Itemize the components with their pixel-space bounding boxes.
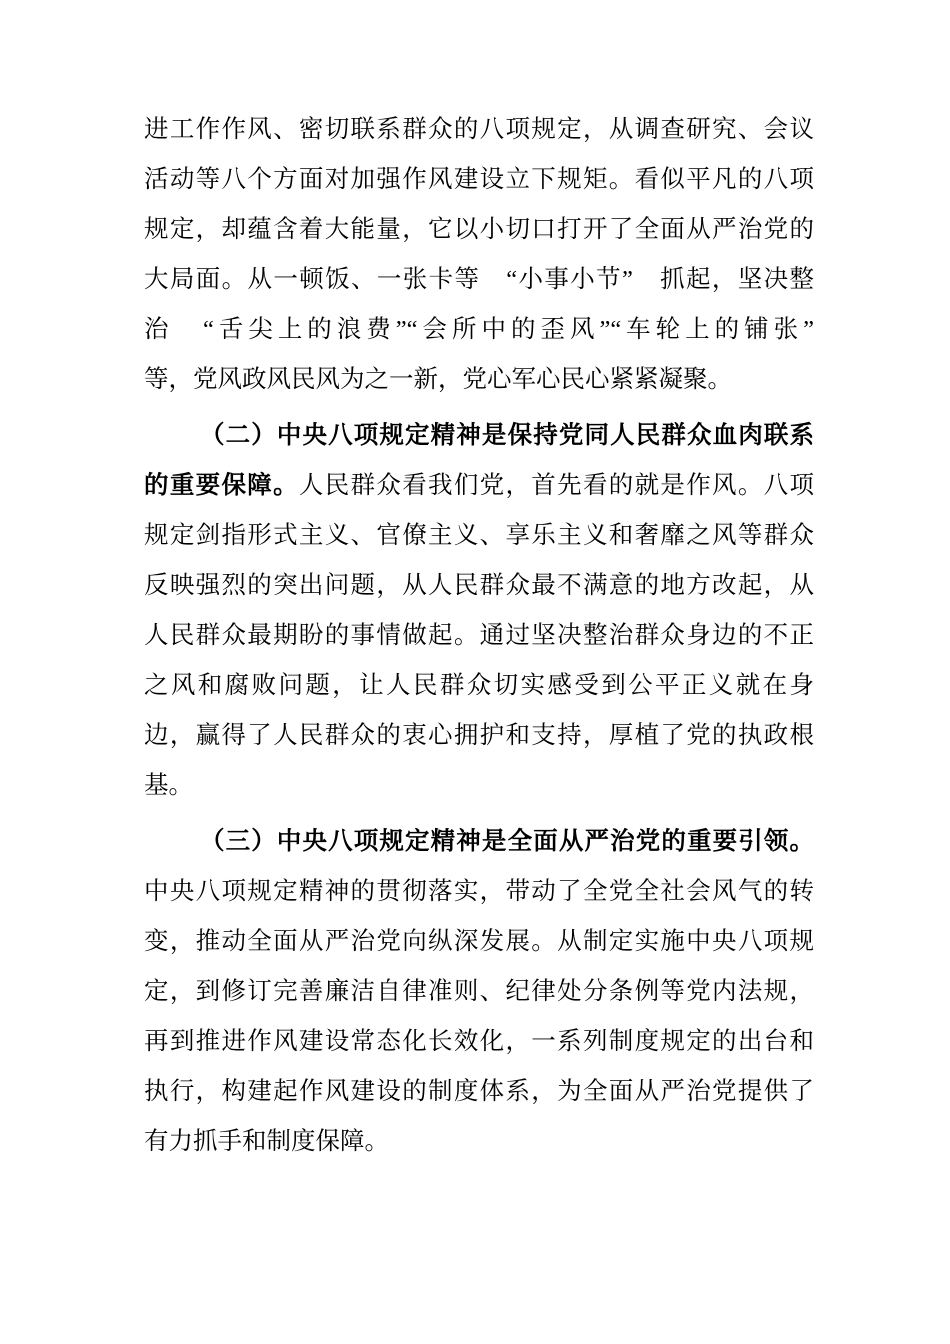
text-line: 活动等八个方面对加强作风建设立下规矩。看似平凡的八项	[144, 155, 814, 205]
text-line: 规定，却蕴含着大能量，它以小切口打开了全面从严治党的	[144, 205, 814, 255]
text-segment: 活动等八个方面对加强作风建设立下规矩。看似平凡的八项	[144, 166, 814, 193]
text-line: 规定剑指形式主义、官僚主义、享乐主义和奢靡之风等群众	[144, 511, 814, 561]
text-line: 中央八项规定精神的贯彻落实，带动了全党全社会风气的转	[144, 867, 814, 917]
text-line: 变，推动全面从严治党向纵深发展。从制定实施中央八项规	[144, 917, 814, 967]
text-line: 进工作作风、密切联系群众的八项规定，从调查研究、会议	[144, 105, 814, 155]
text-line: （三）中央八项规定精神是全面从严治党的重要引领。	[144, 817, 814, 867]
text-line: 执行，构建起作风建设的制度体系，为全面从严治党提供了	[144, 1067, 814, 1117]
text-segment: 执行，构建起作风建设的制度体系，为全面从严治党提供了	[144, 1078, 814, 1105]
text-line: 有力抓手和制度保障。	[144, 1117, 814, 1167]
text-segment: 等，党风政风民风为之一新，党心军心民心紧紧凝聚。	[144, 366, 732, 393]
text-line: 治 “舌尖上的浪费”“会所中的歪风”“车轮上的铺张”	[144, 305, 814, 355]
text-line: 再到推进作风建设常态化长效化，一系列制度规定的出台和	[144, 1017, 814, 1067]
text-segment: 规定，却蕴含着大能量，它以小切口打开了全面从严治党的	[144, 216, 814, 243]
text-segment: 中央八项规定精神的贯彻落实，带动了全党全社会风气的转	[144, 878, 814, 905]
text-segment: 边，赢得了人民群众的衷心拥护和支持，厚植了党的执政根	[144, 722, 814, 749]
section-paragraph: （三）中央八项规定精神是全面从严治党的重要引领。中央八项规定精神的贯彻落实，带动…	[144, 817, 814, 1167]
text-segment: 人民群众看我们党，首先看的就是作风。八项	[299, 472, 814, 499]
text-line: 等，党风政风民风为之一新，党心军心民心紧紧凝聚。	[144, 355, 814, 405]
document-body: 进工作作风、密切联系群众的八项规定，从调查研究、会议活动等八个方面对加强作风建设…	[0, 0, 950, 1167]
text-line: 的重要保障。人民群众看我们党，首先看的就是作风。八项	[144, 461, 814, 511]
text-segment: 进工作作风、密切联系群众的八项规定，从调查研究、会议	[144, 116, 814, 143]
text-line: 之风和腐败问题，让人民群众切实感受到公平正义就在身	[144, 661, 814, 711]
section-paragraph: （二）中央八项规定精神是保持党同人民群众血肉联系的重要保障。人民群众看我们党，首…	[144, 411, 814, 811]
text-segment: 基。	[144, 772, 193, 799]
bold-text-segment: 的重要保障。	[144, 472, 299, 499]
text-segment: 人民群众最期盼的事情做起。通过坚决整治群众身边的不正	[144, 622, 814, 649]
text-line: 边，赢得了人民群众的衷心拥护和支持，厚植了党的执政根	[144, 711, 814, 761]
text-line: 定，到修订完善廉洁自律准则、纪律处分条例等党内法规，	[144, 967, 814, 1017]
text-line: 人民群众最期盼的事情做起。通过坚决整治群众身边的不正	[144, 611, 814, 661]
bold-text-segment: （三）中央八项规定精神是全面从严治党的重要引领。	[200, 828, 814, 855]
text-segment: 定，到修订完善廉洁自律准则、纪律处分条例等党内法规，	[144, 978, 814, 1005]
text-segment: 反映强烈的突出问题，从人民群众最不满意的地方改起，从	[144, 572, 814, 599]
body-paragraph: 进工作作风、密切联系群众的八项规定，从调查研究、会议活动等八个方面对加强作风建设…	[144, 105, 814, 405]
text-line: 大局面。从一顿饭、一张卡等 “小事小节” 抓起，坚决整	[144, 255, 814, 305]
text-line: 基。	[144, 761, 814, 811]
text-segment: 有力抓手和制度保障。	[144, 1128, 389, 1155]
text-segment: 变，推动全面从严治党向纵深发展。从制定实施中央八项规	[144, 928, 814, 955]
text-segment: 规定剑指形式主义、官僚主义、享乐主义和奢靡之风等群众	[144, 522, 814, 549]
text-segment: 大局面。从一顿饭、一张卡等 “小事小节” 抓起，坚决整	[144, 266, 814, 293]
text-line: （二）中央八项规定精神是保持党同人民群众血肉联系	[144, 411, 814, 461]
text-segment: 之风和腐败问题，让人民群众切实感受到公平正义就在身	[144, 672, 814, 699]
text-line: 反映强烈的突出问题，从人民群众最不满意的地方改起，从	[144, 561, 814, 611]
text-segment: 治 “舌尖上的浪费”“会所中的歪风”“车轮上的铺张”	[144, 316, 814, 343]
bold-text-segment: （二）中央八项规定精神是保持党同人民群众血肉联系	[200, 422, 814, 449]
text-segment: 再到推进作风建设常态化长效化，一系列制度规定的出台和	[144, 1028, 814, 1055]
document-page: 进工作作风、密切联系群众的八项规定，从调查研究、会议活动等八个方面对加强作风建设…	[0, 0, 950, 1344]
